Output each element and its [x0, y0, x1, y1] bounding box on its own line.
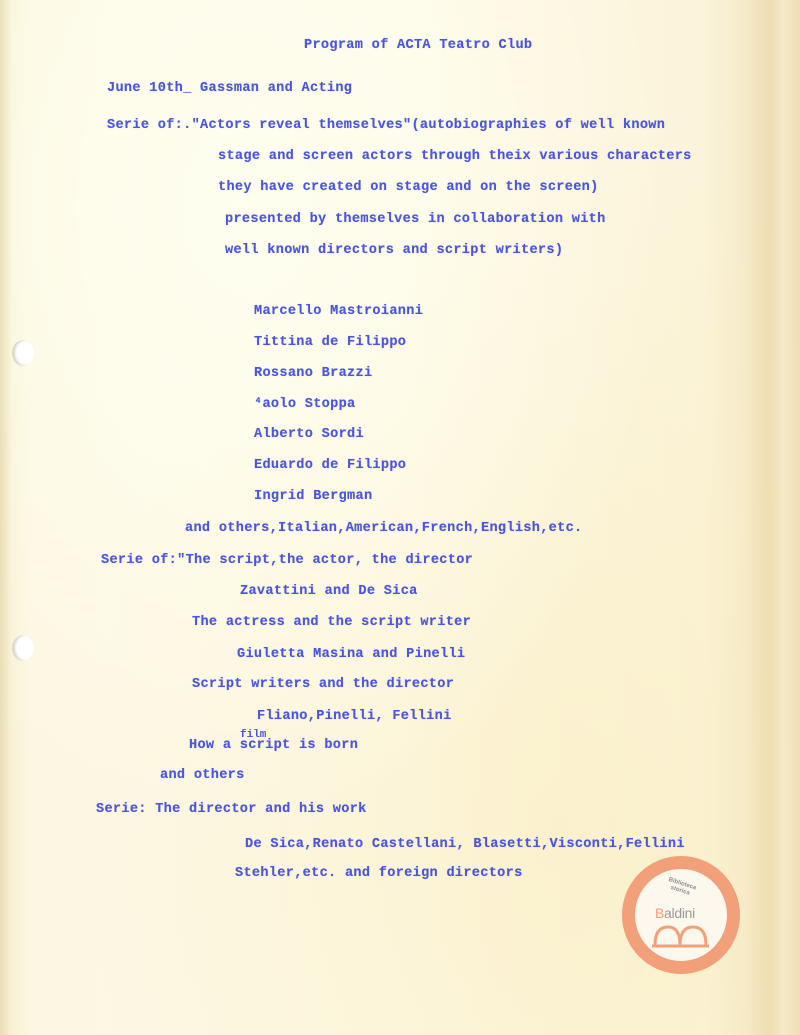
serie3-item: Stehler,etc. and foreign directors — [235, 866, 523, 881]
document-title: Program of ACTA Teatro Club — [304, 38, 532, 53]
serie2-heading: Serie of:"The script,the actor, the dire… — [101, 553, 473, 568]
serie1-heading: Serie of:."Actors reveal themselves"(aut… — [107, 118, 665, 133]
actor-name: Marcello Mastroianni — [254, 304, 423, 319]
serie2-item: Script writers and the director — [192, 677, 454, 692]
actors-footer: and others,Italian,American,French,Engli… — [185, 521, 583, 536]
actor-name: Alberto Sordi — [254, 427, 364, 442]
punch-hole-top — [12, 340, 34, 366]
serie2-item: and others — [160, 768, 245, 783]
stamp-subtitle: Biblioteca storica — [660, 875, 702, 901]
serie1-desc-line: presented by themselves in collaboration… — [225, 212, 606, 227]
library-stamp: Biblioteca storica Baldini — [622, 856, 740, 974]
serie2-item: Fliano,Pinelli, Fellini — [257, 709, 452, 724]
paper-left-edge — [0, 0, 12, 1035]
serie2-item: Zavattini and De Sica — [240, 584, 418, 599]
book-arches-icon — [651, 923, 711, 949]
serie2-item: Giuletta Masina and Pinelli — [237, 647, 465, 662]
actor-name: Tittina de Filippo — [254, 335, 406, 350]
serie2-item: The actress and the script writer — [192, 615, 471, 630]
actor-name: ⁴aolo Stoppa — [254, 397, 356, 412]
serie3-heading: Serie: The director and his work — [96, 802, 367, 817]
stamp-name-rest: aldini — [664, 905, 695, 921]
punch-hole-bottom — [12, 635, 34, 661]
actor-name: Ingrid Bergman — [254, 489, 372, 504]
date-line: June 10th_ Gassman and Acting — [107, 81, 352, 96]
paper-fold-shadow — [745, 0, 800, 1035]
stamp-name-initial: B — [655, 905, 664, 921]
serie2-item: How a script is born — [189, 738, 358, 753]
serie1-desc-line: stage and screen actors through theix va… — [218, 149, 692, 164]
stamp-name: Baldini — [655, 905, 695, 921]
serie1-desc-line: well known directors and script writers) — [225, 243, 563, 258]
serie1-desc-line: they have created on stage and on the sc… — [218, 180, 599, 195]
serie3-item: De Sica,Renato Castellani, Blasetti,Visc… — [245, 837, 685, 852]
actor-name: Eduardo de Filippo — [254, 458, 406, 473]
actor-name: Rossano Brazzi — [254, 366, 372, 381]
